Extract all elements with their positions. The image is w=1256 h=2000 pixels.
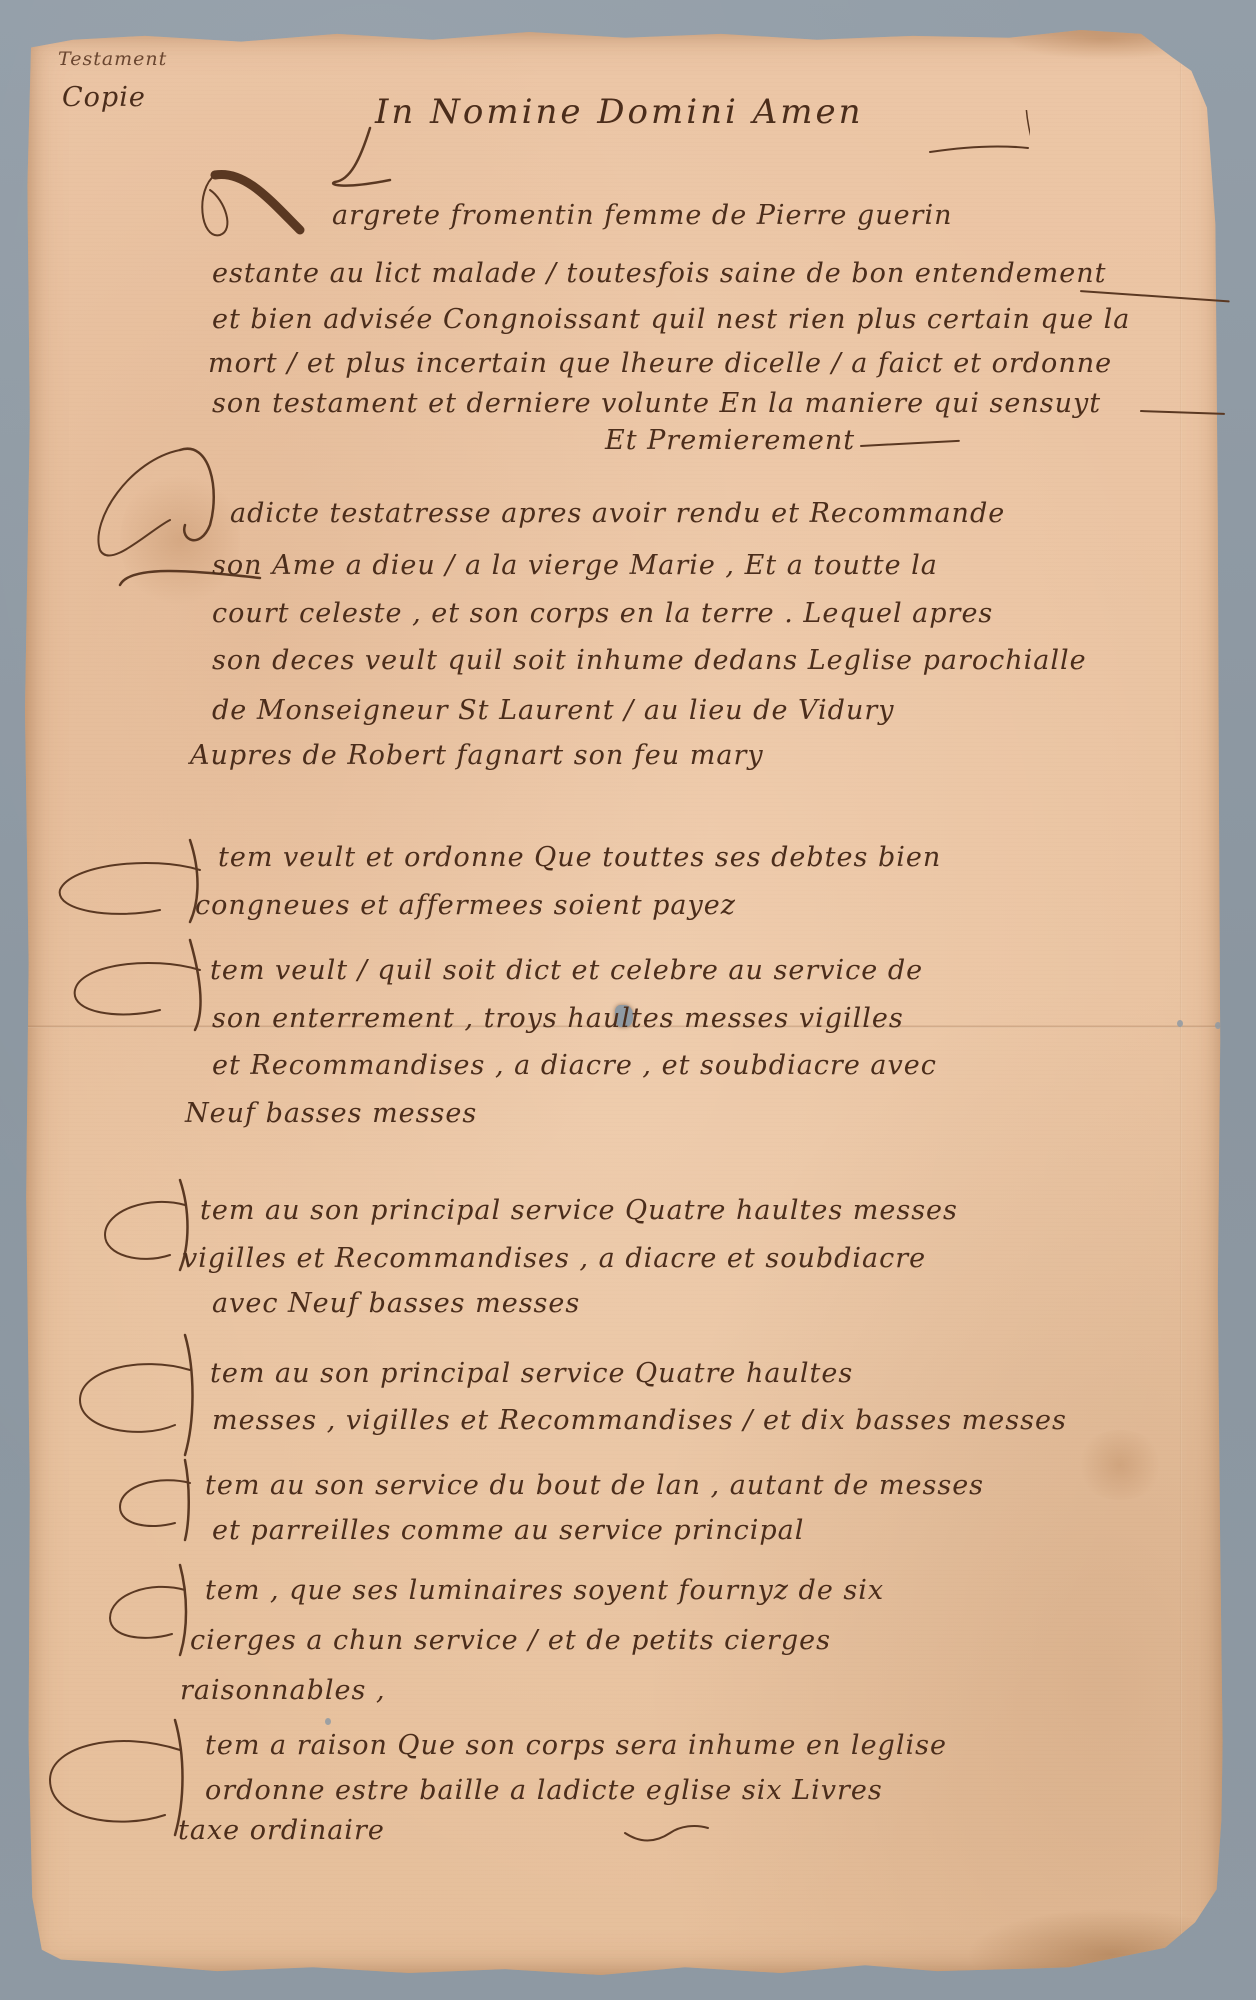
clause-4-line-2: vigilles et Recommandises , a diacre et … xyxy=(182,1243,926,1274)
clause-6-line-1: tem au son service du bout de lan , auta… xyxy=(205,1470,984,1501)
clause-1-line-1: adicte testatresse apres avoir rendu et … xyxy=(230,498,1005,529)
vertical-fold-line xyxy=(1180,30,1182,1975)
clause-5-line-1: tem au son principal service Quatre haul… xyxy=(210,1358,853,1389)
clause-3-line-1: tem veult / quil soit dict et celebre au… xyxy=(210,955,923,986)
clause-3-line-4: Neuf basses messes xyxy=(185,1098,477,1129)
clause-8-line-3: taxe ordinaire xyxy=(178,1815,385,1846)
pinhole xyxy=(325,1718,331,1725)
preamble-closing: Et Premierement xyxy=(605,425,855,456)
clause-1-line-2: son Ame a dieu / a la vierge Marie , Et … xyxy=(212,550,938,581)
clause-3-line-3: et Recommandises , a diacre , et soubdia… xyxy=(212,1050,937,1081)
clause-4-line-3: avec Neuf basses messes xyxy=(212,1288,580,1319)
pinhole xyxy=(1215,1022,1221,1029)
clause-7-line-2: cierges a chun service / et de petits ci… xyxy=(190,1625,831,1656)
clause-7-line-1: tem , que ses luminaires soyent fournyz … xyxy=(205,1575,884,1606)
preamble-line-4: mort / et plus incertain que lheure dice… xyxy=(208,348,1112,379)
clause-1-line-3: court celeste , et son corps en la terre… xyxy=(212,598,993,629)
clause-2-line-2: congneues et affermees soient payez xyxy=(195,890,736,921)
clause-1-line-5: de Monseigneur St Laurent / au lieu de V… xyxy=(212,695,895,726)
clause-7-line-3: raisonnables , xyxy=(180,1675,386,1706)
invocation-heading: In Nomine Domini Amen xyxy=(375,92,864,132)
clause-4-line-1: tem au son principal service Quatre haul… xyxy=(200,1195,958,1226)
clause-8-line-1: tem a raison Que son corps sera inhume e… xyxy=(205,1730,947,1761)
preamble-line-3: et bien advisée Congnoissant quil nest r… xyxy=(212,304,1130,335)
clause-6-line-2: et parreilles comme au service principal xyxy=(212,1515,804,1546)
clause-2-line-1: tem veult et ordonne Que touttes ses deb… xyxy=(218,842,941,873)
margin-label-copie: Copie xyxy=(62,82,146,113)
preamble-line-5: son testament et derniere volunte En la … xyxy=(212,388,1101,419)
clause-3-line-2: son enterrement , troys haultes messes v… xyxy=(212,1003,904,1034)
clause-5-line-2: messes , vigilles et Recommandises / et … xyxy=(212,1405,1067,1436)
clause-1-line-6: Aupres de Robert fagnart son feu mary xyxy=(190,740,764,771)
paper-stain xyxy=(1075,1430,1165,1500)
clause-8-line-2: ordonne estre baille a ladicte eglise si… xyxy=(205,1775,883,1806)
clause-1-line-4: son deces veult quil soit inhume dedans … xyxy=(212,645,1087,676)
margin-label-testament: Testament xyxy=(58,48,167,70)
preamble-line-2: estante au lict malade / toutesfois sain… xyxy=(212,258,1107,289)
pinhole xyxy=(1177,1020,1183,1027)
preamble-line-1: argrete fromentin femme de Pierre guerin xyxy=(332,200,953,231)
